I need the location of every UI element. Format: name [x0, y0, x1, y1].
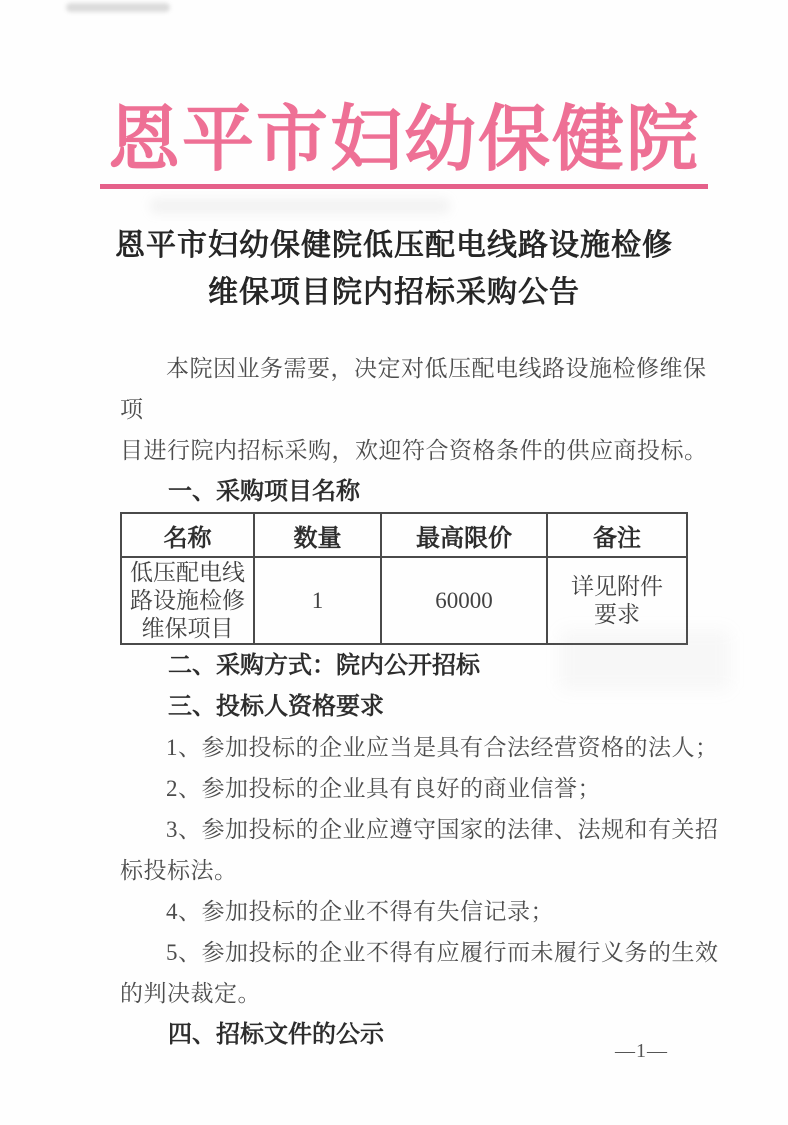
column-header-name: 名称	[121, 513, 254, 557]
section-heading-3: 三、投标人资格要求	[120, 686, 720, 727]
letterhead: 恩平市妇幼保健院	[100, 102, 708, 189]
section-heading-2: 二、采购方式：院内公开招标	[120, 645, 720, 686]
requirement-item-5: 5、参加投标的企业不得有应履行而未履行义务的生效 的判决裁定。	[120, 932, 720, 1014]
column-header-remark: 备注	[547, 513, 687, 557]
column-header-quantity: 数量	[254, 513, 381, 557]
requirement-item-2: 2、参加投标的企业具有良好的商业信誉；	[120, 768, 720, 809]
section-heading-1: 一、采购项目名称	[120, 471, 720, 512]
table-header-row: 名称 数量 最高限价 备注	[121, 513, 687, 557]
document-body: 本院因业务需要，决定对低压配电线路设施检修维保项 目进行院内招标采购，欢迎符合资…	[120, 348, 720, 1055]
scanned-document-page: 恩平市妇幼保健院 恩平市妇幼保健院低压配电线路设施检修 维保项目院内招标采购公告…	[0, 0, 788, 1125]
column-header-max-price: 最高限价	[381, 513, 547, 557]
procurement-table: 名称 数量 最高限价 备注 低压配电线 路设施检修 维保项目 1 60000 详…	[120, 512, 688, 645]
document-title: 恩平市妇幼保健院低压配电线路设施检修 维保项目院内招标采购公告	[0, 222, 788, 316]
page-number: —1—	[615, 1040, 668, 1063]
cell-project-name: 低压配电线 路设施检修 维保项目	[121, 557, 254, 644]
requirement-item-3: 3、参加投标的企业应遵守国家的法律、法规和有关招 标投标法。	[120, 809, 720, 891]
requirement-item-1: 1、参加投标的企业应当是具有合法经营资格的法人；	[120, 727, 720, 768]
letterhead-title: 恩平市妇幼保健院	[100, 102, 708, 178]
requirement-item-4: 4、参加投标的企业不得有失信记录；	[120, 891, 720, 932]
cell-remark: 详见附件 要求	[547, 557, 687, 644]
scan-artifact	[66, 3, 170, 12]
intro-paragraph: 本院因业务需要，决定对低压配电线路设施检修维保项 目进行院内招标采购，欢迎符合资…	[120, 348, 720, 471]
table-row: 低压配电线 路设施检修 维保项目 1 60000 详见附件 要求	[121, 557, 687, 644]
cell-max-price: 60000	[381, 557, 547, 644]
scan-artifact	[150, 198, 450, 214]
cell-quantity: 1	[254, 557, 381, 644]
